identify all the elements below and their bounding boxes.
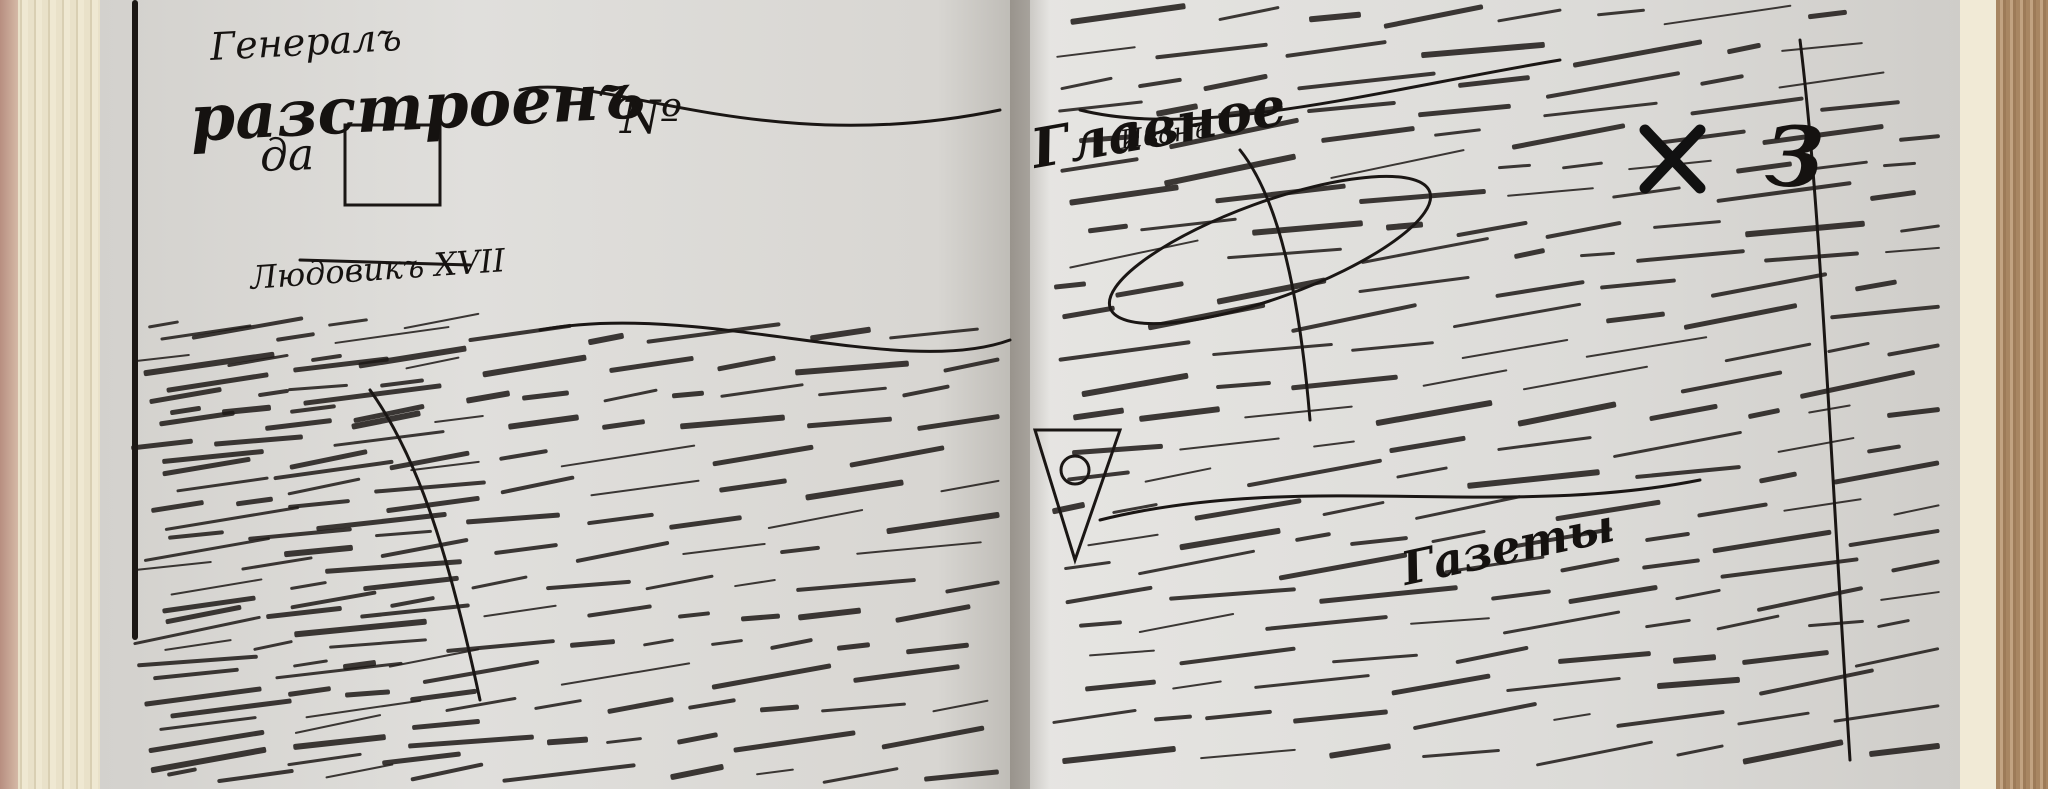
letter-z: З: [1765, 110, 1824, 206]
margin-mark-no: Nº: [620, 90, 682, 144]
heading-da: да: [259, 129, 315, 182]
